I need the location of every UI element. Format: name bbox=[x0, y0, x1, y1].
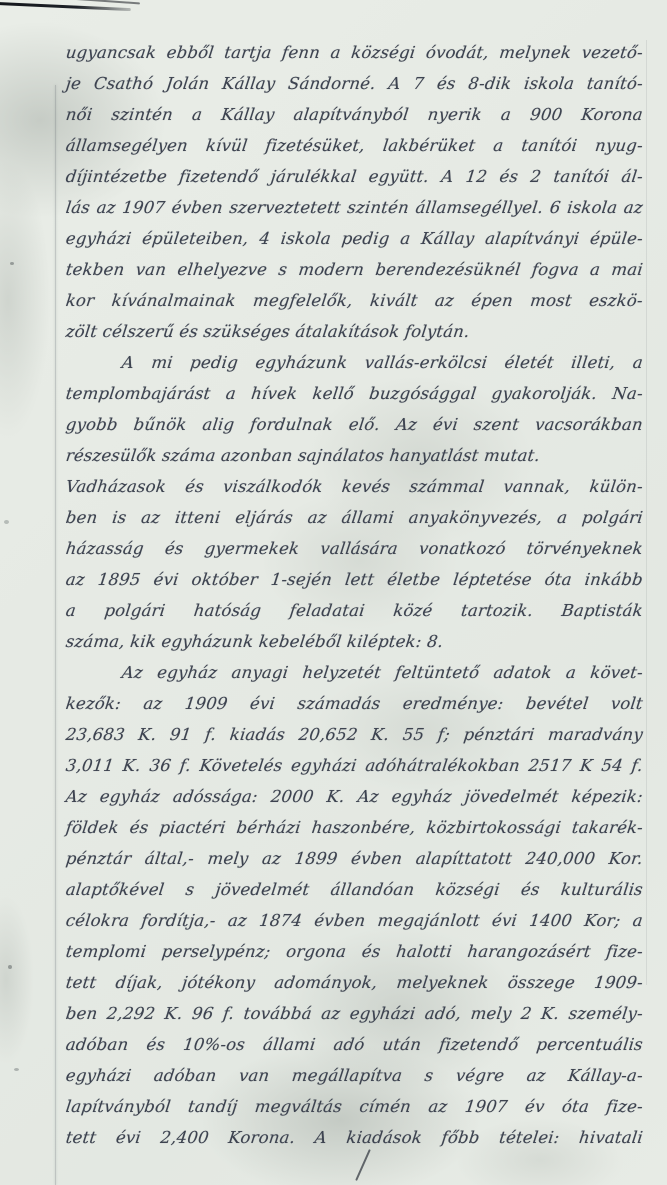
text-line: földek és piactéri bérházi haszonbére, k… bbox=[64, 812, 645, 843]
ink-speck bbox=[4, 520, 9, 524]
left-fold-line bbox=[55, 85, 56, 1185]
text-line: ugyancsak ebből tartja fenn a községi óv… bbox=[64, 37, 645, 68]
text-line: adóban és 10%-os állami adó után fizeten… bbox=[64, 1029, 645, 1060]
text-line: egyházi adóban van megállapítva s végre … bbox=[64, 1060, 645, 1091]
right-fold-line bbox=[646, 40, 647, 985]
scanned-manuscript-page: ugyancsak ebből tartja fenn a községi óv… bbox=[0, 0, 667, 1185]
scan-edge-artifact bbox=[0, 2, 131, 11]
text-line: célokra fordítja,- az 1874 évben megaján… bbox=[64, 905, 645, 936]
text-line: ben is az itteni eljárás az állami anyak… bbox=[64, 502, 645, 533]
text-line: Az egyház adóssága: 2000 K. Az egyház jö… bbox=[64, 781, 645, 812]
text-line: díjintézetbe fizetendő járulékkal együtt… bbox=[64, 161, 645, 192]
text-line: alaptőkével s jövedelmét állandóan közsé… bbox=[64, 874, 645, 905]
text-line: részesülők száma azonban sajnálatos hany… bbox=[64, 440, 645, 471]
text-line: női szintén a Kállay alapítványból nyeri… bbox=[64, 99, 645, 130]
stray-pen-stroke bbox=[355, 1149, 371, 1181]
text-line: tett évi 2,400 Korona. A kiadások főbb t… bbox=[64, 1122, 645, 1153]
ink-speck bbox=[10, 262, 14, 265]
text-line: száma, kik egyházunk kebeléből kiléptek:… bbox=[64, 626, 645, 657]
text-line: tekben van elhelyezve s modern berendezé… bbox=[64, 254, 645, 285]
text-line: kezők: az 1909 évi számadás eredménye: b… bbox=[64, 688, 645, 719]
text-line: je Csathó Jolán Kállay Sándorné. A 7 és … bbox=[64, 68, 645, 99]
text-line: az 1895 évi október 1-sején lett életbe … bbox=[64, 564, 645, 595]
text-line: lapítványból tandíj megváltás címén az 1… bbox=[64, 1091, 645, 1122]
manuscript-text: ugyancsak ebből tartja fenn a községi óv… bbox=[64, 37, 641, 1153]
text-line: lás az 1907 évben szerveztetett szintén … bbox=[64, 192, 645, 223]
text-line: zölt célszerű és szükséges átalakítások … bbox=[64, 316, 645, 347]
text-line: templomi perselypénz; orgona és halotti … bbox=[64, 936, 645, 967]
text-line: ben 2,292 K. 96 f. továbbá az egyházi ad… bbox=[64, 998, 645, 1029]
ink-speck bbox=[8, 965, 12, 969]
text-line: házasság és gyermekek vallására vonatkoz… bbox=[64, 533, 645, 564]
text-line: egyházi épületeiben, 4 iskola pedig a Ká… bbox=[64, 223, 645, 254]
text-line: a polgári hatóság feladatai közé tartozi… bbox=[64, 595, 645, 626]
text-line: Vadházasok és viszálkodók kevés számmal … bbox=[64, 471, 645, 502]
text-line: tett díjak, jótékony adományok, melyekne… bbox=[64, 967, 645, 998]
text-line: A mi pedig egyházunk vallás-erkölcsi éle… bbox=[64, 347, 645, 378]
text-line: pénztár által,- mely az 1899 évben alapí… bbox=[64, 843, 645, 874]
text-line: államsegélyen kívül fizetésüket, lakbérü… bbox=[64, 130, 645, 161]
ink-speck bbox=[14, 1068, 19, 1071]
text-line: Az egyház anyagi helyzetét feltüntető ad… bbox=[64, 657, 645, 688]
scan-edge-artifact bbox=[70, 0, 140, 4]
text-line: templombajárást a hívek kellő buzgóságga… bbox=[64, 378, 645, 409]
text-line: kor kívánalmainak megfelelők, kivált az … bbox=[64, 285, 645, 316]
text-line: gyobb bűnök alig fordulnak elő. Az évi s… bbox=[64, 409, 645, 440]
text-line: 3,011 K. 36 f. Követelés egyházi adóhátr… bbox=[64, 750, 645, 781]
text-line: 23,683 K. 91 f. kiadás 20,652 K. 55 f; p… bbox=[64, 719, 645, 750]
